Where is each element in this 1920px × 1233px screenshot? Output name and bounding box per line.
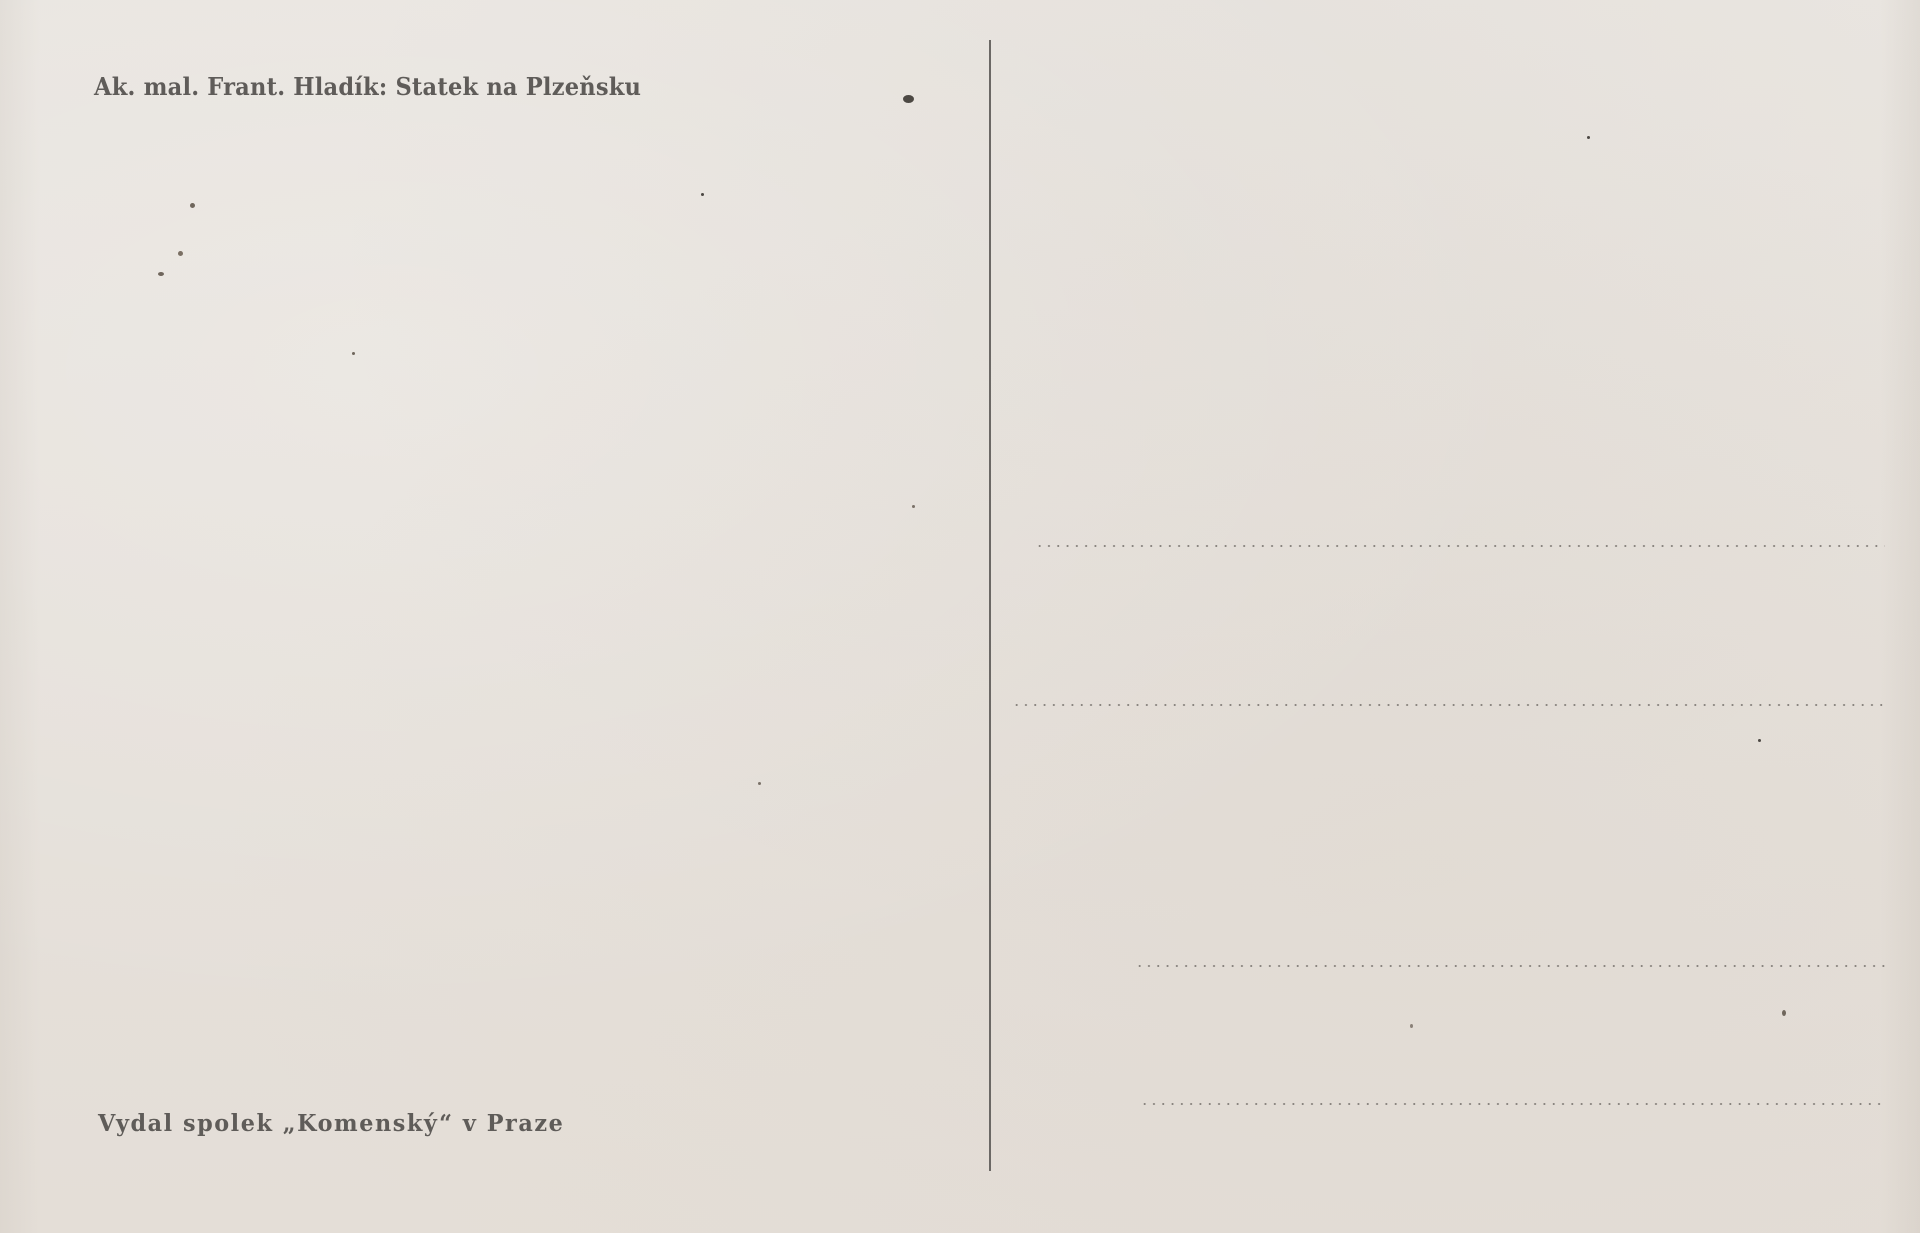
postcard-back: Ak. mal. Frant. Hladík: Statek na Plzeňs… [0, 0, 1920, 1233]
paper-edge-shading-right [1880, 0, 1920, 1233]
paper-speck [1587, 136, 1590, 139]
paper-speck [158, 272, 164, 276]
paper-speck [912, 505, 915, 508]
paper-speck [178, 251, 183, 256]
center-divider-line [989, 40, 991, 1171]
publisher-caption: Vydal spolek „Komenský“ v Praze [98, 1110, 564, 1137]
paper-speck [758, 782, 761, 785]
address-line-1 [1035, 545, 1885, 547]
paper-speck [1782, 1010, 1786, 1016]
paper-speck [701, 193, 704, 196]
address-line-2 [1012, 704, 1884, 706]
address-line-3 [1135, 965, 1885, 967]
paper-edge-shading-left [0, 0, 40, 1233]
paper-speck [1410, 1024, 1413, 1028]
artwork-caption: Ak. mal. Frant. Hladík: Statek na Plzeňs… [94, 72, 641, 101]
paper-speck [190, 203, 195, 208]
paper-speck [352, 352, 355, 355]
paper-speck [903, 95, 914, 103]
address-line-4 [1140, 1103, 1884, 1105]
paper-speck [1758, 739, 1761, 742]
